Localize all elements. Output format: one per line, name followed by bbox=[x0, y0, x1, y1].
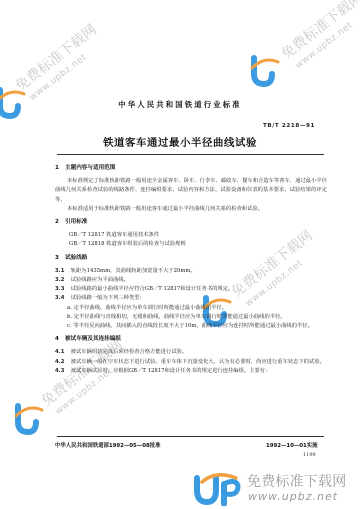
reference-item: GB／T 12817 铁道客车通用技术条件 bbox=[55, 231, 327, 240]
section-title: 试验线路 bbox=[65, 255, 87, 261]
section-title: 被试车辆及其连挂编组 bbox=[65, 336, 121, 342]
clause-text: 被试车辆试验时，应根据GB／T 12817和设计任务书的规定进行连挂编组。主要有… bbox=[71, 368, 271, 374]
clause-text: 试验线路的最小曲线半径应符合GB／T 12817和设计任务书的规定。 bbox=[71, 286, 234, 292]
document-body: 1主题内容与适用范围 本标准规定了标准轨距铁路一般用途全金属客车、卧车、行李车、… bbox=[55, 164, 327, 376]
clause-number: 4.2 bbox=[55, 358, 69, 367]
section-heading: 4被试车辆及其连挂编组 bbox=[55, 335, 327, 344]
section-1: 1主题内容与适用范围 本标准规定了标准轨距铁路一般用途全金属客车、卧车、行李车、… bbox=[55, 164, 327, 214]
clause-text: 被试车辆组装完成后须经检查合格方能进行试验。 bbox=[71, 349, 188, 355]
section-title: 主题内容与适用范围 bbox=[65, 165, 115, 171]
item-label: c. bbox=[67, 323, 72, 329]
section-number: 4 bbox=[55, 335, 65, 344]
watermark-cn-text: 免费标准下载网 bbox=[13, 23, 99, 94]
upbz-logo-icon bbox=[192, 470, 244, 506]
section-number: 2 bbox=[55, 218, 65, 227]
clause: 3.4 试验线路一般为下列三种类型： bbox=[55, 294, 327, 303]
item-label: a. bbox=[67, 305, 72, 311]
header-divider bbox=[57, 154, 324, 155]
clause: 3.1 轨距为1435mm，其曲线轨距加宽量不大于20mm。 bbox=[55, 267, 327, 276]
section-4: 4被试车辆及其连挂编组 4.1 被试车辆组装完成后须经检查合格方能进行试验。 4… bbox=[55, 335, 327, 376]
paragraph: 本标准规定了标准轨距铁路一般用途全金属客车、卧车、行李车、邮政车、餐车和合造车等… bbox=[55, 177, 327, 205]
standard-number: TB/T 2218—91 bbox=[263, 123, 315, 129]
clause-text: 试验线路一般为下列三种类型： bbox=[71, 295, 145, 301]
section-2: 2引用标准 GB／T 12817 铁道客车通用技术条件 GB／T 12818 铁… bbox=[55, 218, 327, 250]
list-item: a. 定半径曲线，曲线半径应为单车调行时所能通过最小曲线的半径。 bbox=[55, 304, 327, 313]
item-text: 定半径曲线，曲线半径应为单车调行时所能通过最小曲线的半径。 bbox=[74, 305, 228, 311]
section-number: 3 bbox=[55, 254, 65, 263]
clause: 4.1 被试车辆组装完成后须经检查合格方能进行试验。 bbox=[55, 348, 327, 357]
page-number: 1199 bbox=[303, 452, 316, 458]
effective-date: 1992—10—01实施 bbox=[266, 441, 318, 449]
brand-cn-text: 免费标准下载网 bbox=[247, 471, 346, 491]
industry-standard-label: 中华人民共和国铁道行业标准 bbox=[0, 99, 360, 110]
clause-number: 3.4 bbox=[55, 294, 69, 303]
upbz-logo-icon bbox=[248, 52, 282, 88]
brand-url-text: www.upbz.net bbox=[248, 490, 338, 503]
upbz-logo-icon bbox=[12, 400, 46, 436]
clause: 4.3 被试车辆试验时，应根据GB／T 12817和设计任务书的规定进行连挂编组… bbox=[55, 367, 327, 376]
section-number: 1 bbox=[55, 164, 65, 173]
document-title: 铁道客车通过最小半径曲线试验 bbox=[0, 134, 360, 149]
list-item: b. 定半径曲线与直线相切，无缓和曲线，曲线半径应为单车调行时所能通过最小曲线的… bbox=[55, 313, 327, 322]
section-3: 3试验线路 3.1 轨距为1435mm，其曲线轨距加宽量不大于20mm。 3.2… bbox=[55, 254, 327, 332]
clause: 3.3 试验线路的最小曲线半径应符合GB／T 12817和设计任务书的规定。 bbox=[55, 285, 327, 294]
section-heading: 2引用标准 bbox=[55, 218, 327, 227]
watermark-cn-text: 免费标准下载网 bbox=[279, 0, 360, 62]
list-item: c. 等半径反向曲线，其间插入的直线段长度不大于10m，曲线半径应为连挂时所能通… bbox=[55, 322, 327, 331]
brand-watermark: 免费标准下载网 www.upbz.net bbox=[192, 470, 360, 506]
issued-date: 中华人民共和国铁道部1992—05—08批准 bbox=[55, 441, 160, 449]
clause-number: 3.1 bbox=[55, 267, 69, 276]
reference-item: GB／T 12818 铁道客车组装后的检查与试验规则 bbox=[55, 240, 327, 249]
section-heading: 3试验线路 bbox=[55, 254, 327, 263]
item-label: b. bbox=[67, 314, 72, 320]
clause: 3.2 试验线路应为平面曲线。 bbox=[55, 276, 327, 285]
section-heading: 1主题内容与适用范围 bbox=[55, 164, 327, 173]
clause-text: 轨距为1435mm，其曲线轨距加宽量不大于20mm。 bbox=[71, 268, 196, 274]
clause-number: 4.1 bbox=[55, 348, 69, 357]
clause-text: 被试车辆一般在空车状态下进行试验。重车车体下沉量变化大，认为有必要时，尚应进行重… bbox=[71, 359, 325, 365]
watermark-url-text: www.upbz.net bbox=[28, 53, 88, 103]
clause-text: 试验线路应为平面曲线。 bbox=[71, 277, 129, 283]
watermark-url-text: www.upbz.net bbox=[294, 21, 354, 71]
footer-divider bbox=[57, 436, 324, 437]
clause-number: 4.3 bbox=[55, 367, 69, 376]
clause-number: 3.2 bbox=[55, 276, 69, 285]
item-text: 等半径反向曲线，其间插入的直线段长度不大于10m，曲线半径应为连挂时所能通过最小… bbox=[73, 323, 313, 329]
clause-number: 3.3 bbox=[55, 285, 69, 294]
item-text: 定半径曲线与直线相切，无缓和曲线，曲线半径应为单车调行时所能通过最小曲线的半径。 bbox=[74, 314, 286, 320]
paragraph: 本标准适用于标准轨距铁路一般用途客车通过最小半径曲线几何关系的检查和试验。 bbox=[55, 205, 327, 214]
section-title: 引用标准 bbox=[65, 219, 87, 225]
document-page: 免费标准下载网 www.upbz.net 免费标准下载网 www.upbz.ne… bbox=[0, 0, 360, 509]
clause: 4.2 被试车辆一般在空车状态下进行试验。重车车体下沉量变化大，认为有必要时，尚… bbox=[55, 358, 327, 367]
